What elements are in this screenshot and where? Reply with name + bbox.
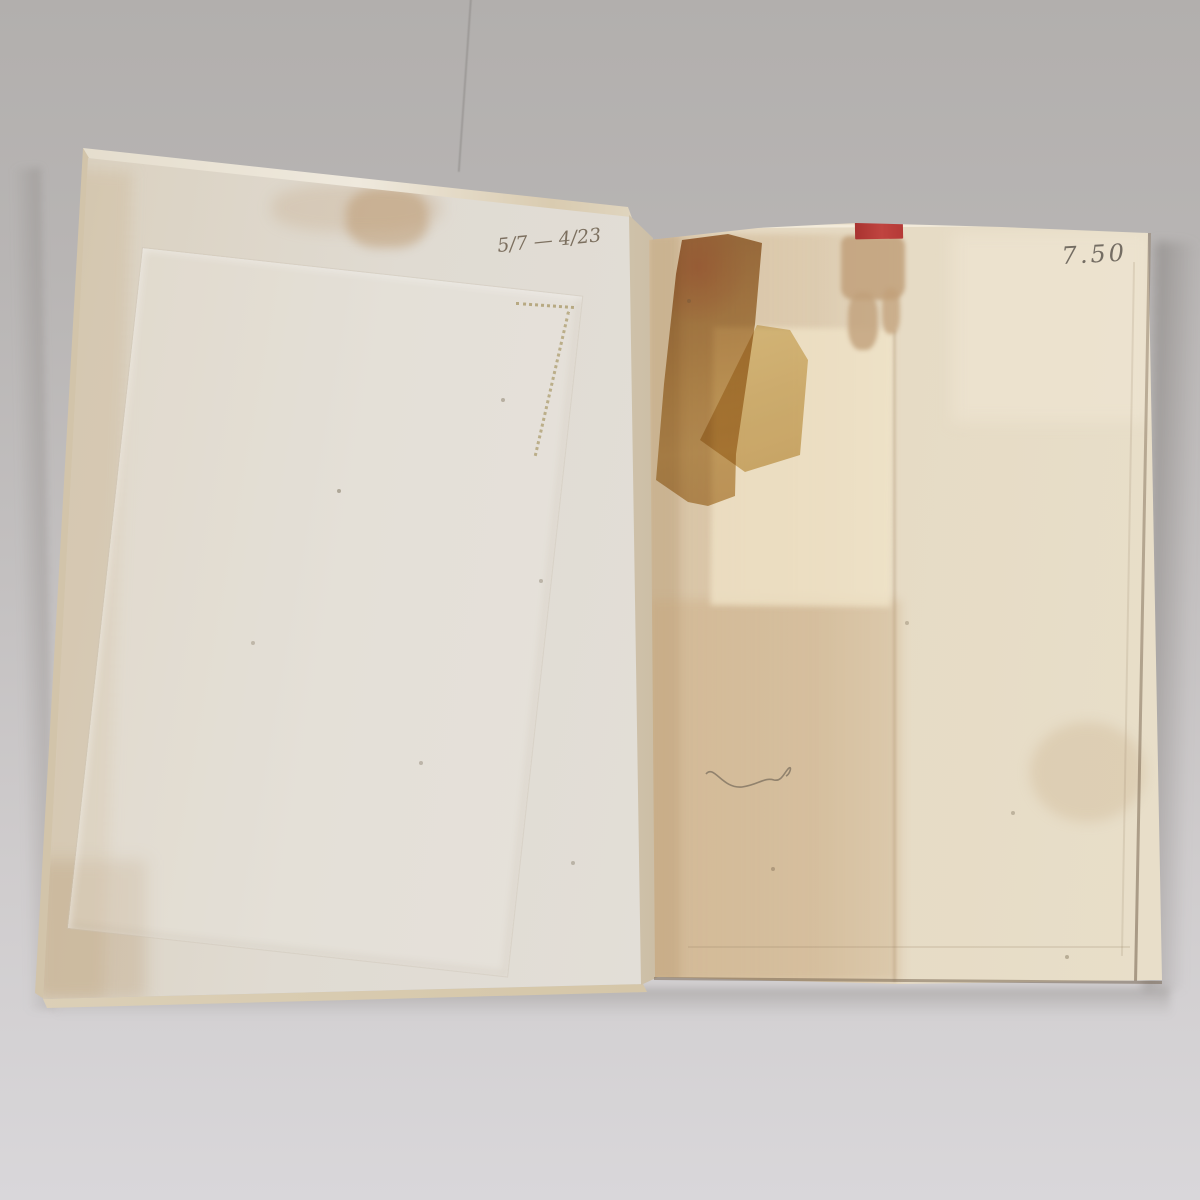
stain-boundary-line [893, 330, 896, 982]
hair-fiber-artifact [458, 0, 472, 172]
drip-stain-left-leg [848, 292, 878, 350]
drip-stain-right-leg [882, 288, 900, 334]
foxing-specks [0, 0, 2, 2]
photo-of-open-book: 5/7 — 4/23 7.50 [0, 0, 1200, 1200]
bottom-tan-stain [648, 600, 900, 982]
turn-in-bevel-frame [67, 247, 584, 978]
bottom-right-stain-blob [1030, 722, 1145, 822]
red-sticker-fragment [855, 221, 903, 240]
top-right-light-area [952, 232, 1152, 422]
bottom-bevel-line [688, 946, 1130, 948]
